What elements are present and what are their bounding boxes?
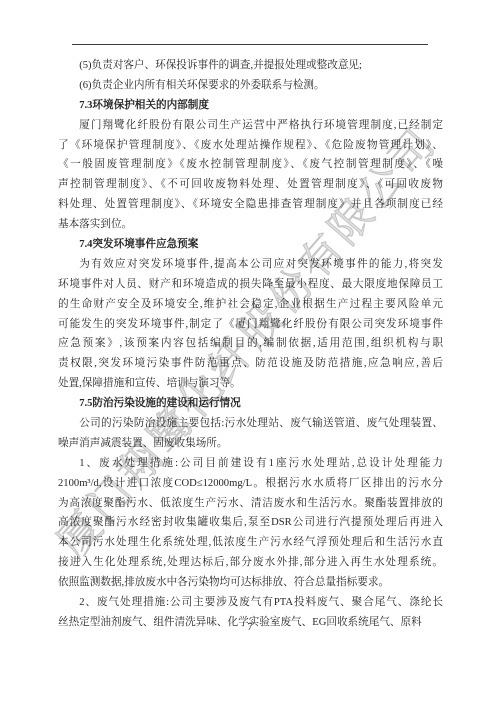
document-page: 厦门翔鹭化纤股份有限公司 (5)负责对客户、环保投诉事件的调查,并提报处理或整改… [0,0,500,706]
paragraph: 厦门翔鹭化纤股份有限公司生产运营中严格执行环境管理制度,已经制定了《环境保护管理… [58,116,443,235]
text-line: 1、废水处理措施:公司目前建设有1座污水处理站,总设计处理能力 [58,454,443,474]
text-line: 7.3环境保护相关的内部制度 [58,96,443,116]
text-line: 接进入生化处理系统,处理达标后,部分废水外排,部分进入再生水处理系统。 [58,553,443,573]
paragraph: 为有效应对突发环境事件,提高本公司应对突发环境事件的能力,将突发环境事件对人员、… [58,255,443,394]
section-heading: 7.4突发环境事件应急预案 [58,235,443,255]
text-line: 依照监测数据,排放废水中各污染物均可达标排放、符合总量指标要求。 [58,573,443,593]
paragraph: (5)负责对客户、环保投诉事件的调查,并提报处理或整改意见; [58,56,443,76]
text-line: (5)负责对客户、环保投诉事件的调查,并提报处理或整改意见; [58,56,443,76]
text-line: 2、废气处理措施:公司主要涉及废气有PTA投料废气、聚合尾气、涤纶长 [58,593,443,613]
text-line: 责权限,突发环境污染事件防范重点、防范设施及防范措施,应急响应,善后 [58,354,443,374]
text-line: 环境事件对人员、财产和环境造成的损失降至最小程度、最大限度地保障员工 [58,275,443,295]
text-line: 处置,保障措施和宣传、培训与演习等。 [58,374,443,394]
text-line: 的生命财产安全及环境安全,维护社会稳定,企业根据生产过程主要风险单元 [58,295,443,315]
section-heading: 7.3环境保护相关的内部制度 [58,96,443,116]
document-content: (5)负责对客户、环保投诉事件的调查,并提报处理或整改意见;(6)负责企业内所有… [58,56,443,633]
paragraph: (6)负责企业内所有相关环保要求的外委联系与检测。 [58,76,443,96]
text-line: 声控制管理制度》、《不可回收废物料处理、处置管理制度》、《可回收废物 [58,175,443,195]
text-line: 高浓度聚酯污水经密封收集罐收集后,泵至DSR公司进行汽提预处理后再进入 [58,513,443,533]
text-line: 2100m³/d,设计进口浓度COD≤12000mg/L。根据污水水质将厂区排出… [58,474,443,494]
text-line: 了《环境保护管理制度》、《废水处理站操作规程》、《危险废物管理计划》、 [58,136,443,156]
page-number: 7 [0,621,500,633]
text-line: 为有效应对突发环境事件,提高本公司应对突发环境事件的能力,将突发 [58,255,443,275]
text-line: 为高浓度聚酯污水、低浓度生产污水、清洁废水和生活污水。聚酯装置排放的 [58,494,443,514]
text-line: 7.5防治污染设施的建设和运行情况 [58,394,443,414]
text-line: 本公司污水处理生化系统处理,低浓度生产污水经气浮预处理后和生活污水直 [58,533,443,553]
paragraph: 公司的污染防治设施主要包括:污水处理站、废气输送管道、废气处理装置、噪声消声减震… [58,414,443,454]
text-line: (6)负责企业内所有相关环保要求的外委联系与检测。 [58,76,443,96]
text-line: 噪声消声减震装置、固废收集场所。 [58,434,443,454]
header-rule [72,44,428,45]
paragraph: 1、废水处理措施:公司目前建设有1座污水处理站,总设计处理能力2100m³/d,… [58,454,443,593]
text-line: 料处理、处置管理制度》、《环境安全隐患排查管理制度》并且各项制度已经 [58,195,443,215]
text-line: 《一般固废管理制度》《废水控制管理制度》、《废气控制管理制度》、《噪 [58,155,443,175]
text-line: 基本落实到位。 [58,215,443,235]
text-line: 应急预案》,该预案内容包括编制目的,编制依据,适用范围,组织机构与职 [58,334,443,354]
text-line: 厦门翔鹭化纤股份有限公司生产运营中严格执行环境管理制度,已经制定 [58,116,443,136]
text-line: 公司的污染防治设施主要包括:污水处理站、废气输送管道、废气处理装置、 [58,414,443,434]
text-line: 7.4突发环境事件应急预案 [58,235,443,255]
section-heading: 7.5防治污染设施的建设和运行情况 [58,394,443,414]
text-line: 可能发生的突发环境事件,制定了《厦门翔鹭化纤股份有限公司突发环境事件 [58,315,443,335]
